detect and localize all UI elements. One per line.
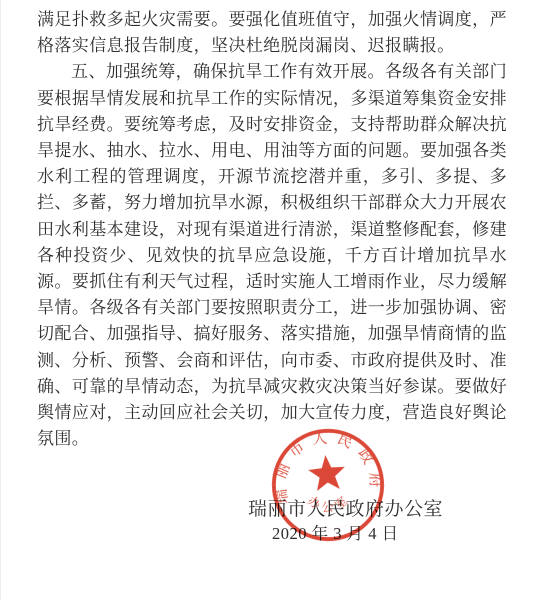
paragraph-continuation: 满足扑救多起火灾需要。要强化值班值守，加强火情调度，严格落实信息报告制度，坚决杜… <box>37 7 507 59</box>
document-body: 满足扑救多起火灾需要。要强化值班值守，加强火情调度，严格落实信息报告制度，坚决杜… <box>37 7 507 452</box>
official-seal: 瑞丽市人民政府 办公室 ············· <box>265 422 391 548</box>
paragraph-section-5: 五、加强统筹，确保抗旱工作有效开展。各级各有关部门要根据旱情发展和抗旱工作的实际… <box>37 59 507 452</box>
star-icon <box>307 454 347 492</box>
seal-bottom-text: 办公室 <box>304 489 355 516</box>
seal-code-marks: ············· <box>312 521 351 533</box>
document-page: 满足扑救多起火灾需要。要强化值班值守，加强火情调度，严格落实信息报告制度，坚决杜… <box>0 0 541 600</box>
